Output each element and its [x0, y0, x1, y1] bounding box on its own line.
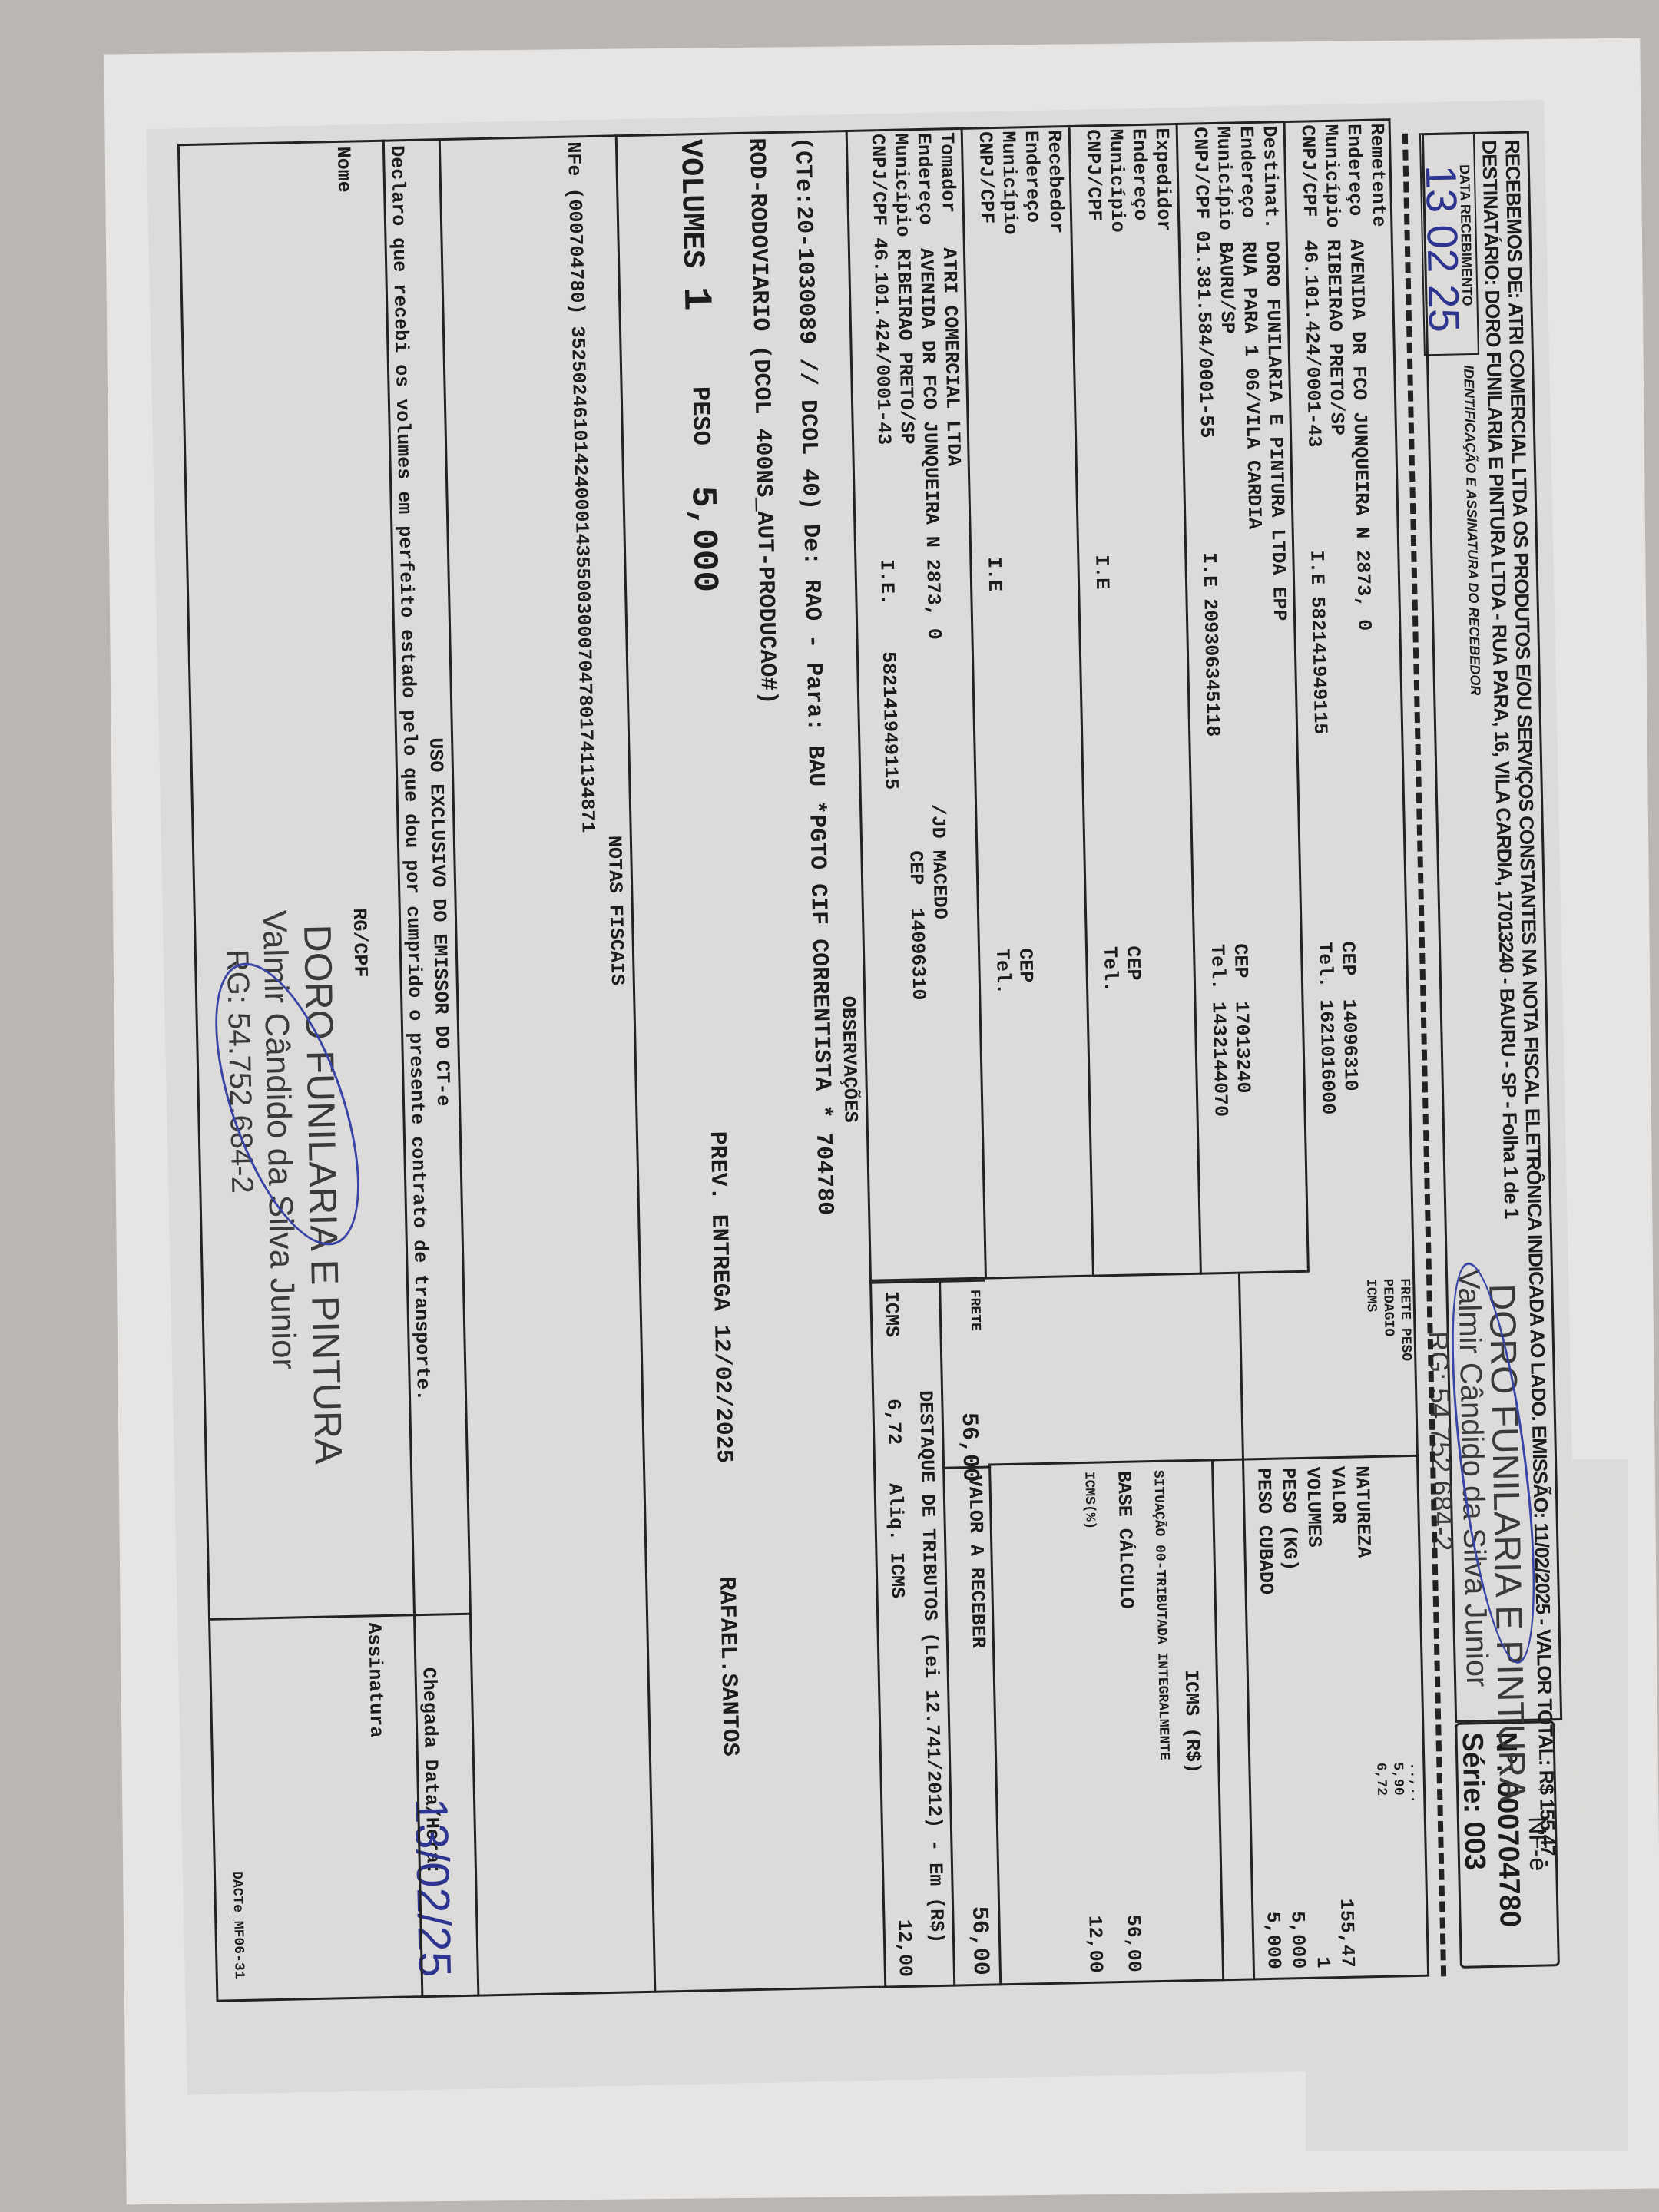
- tomador-section: Tomador ATRI COMERCIAL LTDA Endereço AVE…: [846, 127, 985, 1282]
- remetente-tel-label: Tel.: [1313, 942, 1336, 988]
- icms-pct-value: 12,00: [1083, 1915, 1107, 1973]
- destinatario-ie-label: I.E: [1197, 552, 1220, 588]
- data-recebimento-value: 13 02 25: [1416, 164, 1470, 333]
- pedagio-label: PEDAGIO: [1379, 1278, 1396, 1336]
- destinatario-ie: 209306345118: [1199, 598, 1224, 737]
- tomador-ie-label: I.E.: [875, 559, 898, 606]
- peso-cubado-value: 5,000: [1261, 1912, 1285, 1970]
- frete-peso-label: FRETE PESO: [1396, 1278, 1413, 1361]
- tomador-nome: ATRI COMERCIAL LTDA: [938, 247, 965, 467]
- destinatario-tel-label: Tel.: [1206, 944, 1229, 991]
- data-recebimento-box: DATA RECEBIMENTO 13 02 25: [1419, 132, 1479, 356]
- remetente-endereco: AVENIDA DR FCO JUNQUEIRA N 2873, 0: [1345, 239, 1376, 631]
- observacoes-section: OBSERVAÇÕES (CTe:20-1030089 // DCOL 40) …: [615, 130, 885, 1993]
- icms-section: ICMS (R$) SITUAÇÃO 00-TRIBUTADA INTEGRAL…: [988, 1459, 1222, 1985]
- recebedor-cep-label: CEP: [1014, 948, 1037, 983]
- destinatario-nome: DORO FUNILARIA E PINTURA LTDA EPP: [1260, 240, 1290, 621]
- destinatario-cep-label: CEP: [1229, 943, 1252, 979]
- destinatario-cnpj: 01.381.584/0001-55: [1190, 230, 1217, 439]
- recebedor-municipio-label: Município: [997, 131, 1022, 235]
- destinatario-municipio: BAURU/SP: [1214, 241, 1239, 334]
- base-calculo-value: 56,00: [1121, 1914, 1145, 1972]
- peso-cubado-label: PESO CUBADO: [1252, 1468, 1277, 1595]
- tomador-label: Tomador: [935, 132, 959, 214]
- remetente-cnpj: 46.101.424/0001-43: [1299, 240, 1326, 448]
- expedidor-municipio-label: Município: [1104, 128, 1129, 233]
- identificacao-label: IDENTIFICAÇÃO E ASSINATURA DO RECEBEDOR: [1460, 365, 1483, 696]
- remetente-tel: 1621016000: [1314, 999, 1339, 1115]
- nfe-serie: Série: 003: [1455, 1732, 1491, 1870]
- natureza-label: NATUREZA: [1350, 1465, 1375, 1558]
- aliq-icms-label: Aliq. ICMS: [884, 1483, 909, 1599]
- remetente-cep: 14096310: [1337, 998, 1362, 1091]
- responsavel: RAFAEL.SANTOS: [713, 1576, 743, 1757]
- destinatario-label: Destinat.: [1258, 125, 1283, 230]
- recebedor-label: Recebedor: [1043, 130, 1068, 234]
- remetente-ie: 582141949115: [1306, 596, 1331, 735]
- recebedor-endereco-label: Endereço: [1020, 131, 1045, 224]
- obs-peso-value: 5,000: [682, 486, 724, 593]
- prev-entrega: PREV. ENTREGA 12/02/2025: [704, 1131, 737, 1463]
- remetente-cnpj-label: CNPJ/CPF: [1296, 124, 1321, 217]
- valor-label: VALOR: [1326, 1466, 1349, 1525]
- aliq-icms-value: 12,00: [892, 1919, 916, 1978]
- uso-exclusivo-section: USO EXCLUSIVO DO EMISSOR DO CT-e Declaro…: [177, 138, 478, 2002]
- recebedor-cnpj-label: CNPJ/CPF: [974, 131, 998, 224]
- remetente-municipio-label: Município: [1320, 124, 1344, 229]
- totais-divider: [942, 1465, 991, 1469]
- expedidor-endereco-label: Endereço: [1128, 128, 1152, 221]
- valor-receber-value: 56,00: [965, 1906, 993, 1976]
- carga-section: NATUREZA VALOR 155,47 VOLUMES 1 PESO (KG…: [1211, 1455, 1429, 1982]
- tributos-icms-label: ICMS: [879, 1291, 902, 1338]
- remetente-municipio: RIBEIRAO PRETO/SP: [1322, 240, 1348, 436]
- tomador-cep: 14096310: [906, 908, 930, 1001]
- expedidor-cep-label: CEP: [1121, 945, 1144, 981]
- nome-label: Nome: [332, 146, 355, 193]
- remetente-cep-label: CEP: [1336, 941, 1359, 976]
- uso-divider: [208, 1613, 469, 1621]
- observacoes-line-2: ROD-RODOVIARIO (DCOL 400NS_AUT-PRODUCAO#…: [743, 137, 780, 705]
- base-calculo-label: BASE CÁLCULO: [1112, 1471, 1137, 1610]
- valor-value: 155,47: [1335, 1899, 1359, 1969]
- icms-title: ICMS (R$): [1175, 1462, 1208, 1982]
- rg-cpf-label: RG/CPF: [348, 908, 372, 978]
- tomador-cnpj: 46.101.424/0001-43: [869, 237, 896, 445]
- remetente-endereco-label: Endereço: [1343, 124, 1367, 217]
- peso-value: 5,000: [1286, 1911, 1310, 1969]
- obs-peso-label: PESO: [686, 386, 716, 446]
- tomador-bairro: /JD MACEDO: [926, 803, 951, 919]
- obs-volumes-label: VOLUMES: [672, 139, 710, 269]
- dacte-document: RECEBEMOS DE: ATRI COMERCIAL LTDA OS PRO…: [146, 100, 1584, 2095]
- tomador-municipio-label: Município: [889, 133, 914, 237]
- icms-situacao: SITUAÇÃO 00-TRIBUTADA INTEGRALMENTE: [1150, 1470, 1171, 1760]
- tomador-endereco-label: Endereço: [912, 133, 937, 226]
- destinatario-endereco-label: Endereço: [1235, 126, 1260, 219]
- form-code: DACTe_MF06-31: [229, 1871, 247, 1979]
- expedidor-label: Expedidor: [1151, 127, 1175, 232]
- valor-receber-label: VALOR A RECEBER: [963, 1475, 989, 1649]
- tomador-cnpj-label: CNPJ/CPF: [866, 134, 891, 227]
- destinatario-cep: 17013240: [1230, 1001, 1254, 1094]
- icms-pct-label: ICMS(%): [1081, 1472, 1098, 1530]
- componentes-icms-label: ICMS: [1363, 1279, 1379, 1313]
- chegada-value: 13/02/25: [405, 1797, 462, 1978]
- remetente-ie-label: I.E: [1305, 550, 1328, 585]
- destinatario-tel: 1432144070: [1207, 1002, 1232, 1118]
- tomador-ie: 582141949115: [877, 651, 902, 790]
- volumes-value: 1: [1312, 1956, 1334, 1969]
- frete-value: 56,00: [955, 1412, 983, 1482]
- recebedor-ie-label: I.E: [982, 557, 1005, 592]
- expedidor-tel-label: Tel.: [1098, 946, 1121, 993]
- recebedor-tel-label: Tel.: [991, 949, 1014, 995]
- expedidor-cnpj-label: CNPJ/CPF: [1081, 129, 1106, 222]
- peso-label: PESO (KG): [1277, 1467, 1301, 1571]
- destinatario-municipio-label: Município: [1212, 126, 1237, 230]
- bottom-signature-scribble: [186, 945, 389, 1263]
- obs-volumes-value: 1: [673, 286, 719, 311]
- document-page: RECEBEMOS DE: ATRI COMERCIAL LTDA OS PRO…: [146, 100, 1584, 2095]
- assinatura-label: Assinatura: [363, 1622, 387, 1738]
- tomador-cep-label: CEP: [904, 850, 927, 886]
- remetente-label: Remetente: [1366, 123, 1390, 227]
- tributos-icms-value: 6,72: [882, 1399, 905, 1445]
- destinatario-cnpj-label: CNPJ/CPF: [1189, 127, 1214, 220]
- tomador-municipio: RIBEIRAO PRETO/SP: [892, 248, 918, 445]
- frete-label: FRETE: [966, 1290, 982, 1331]
- volumes-label: VOLUMES: [1301, 1466, 1325, 1548]
- expedidor-ie-label: I.E: [1090, 555, 1113, 590]
